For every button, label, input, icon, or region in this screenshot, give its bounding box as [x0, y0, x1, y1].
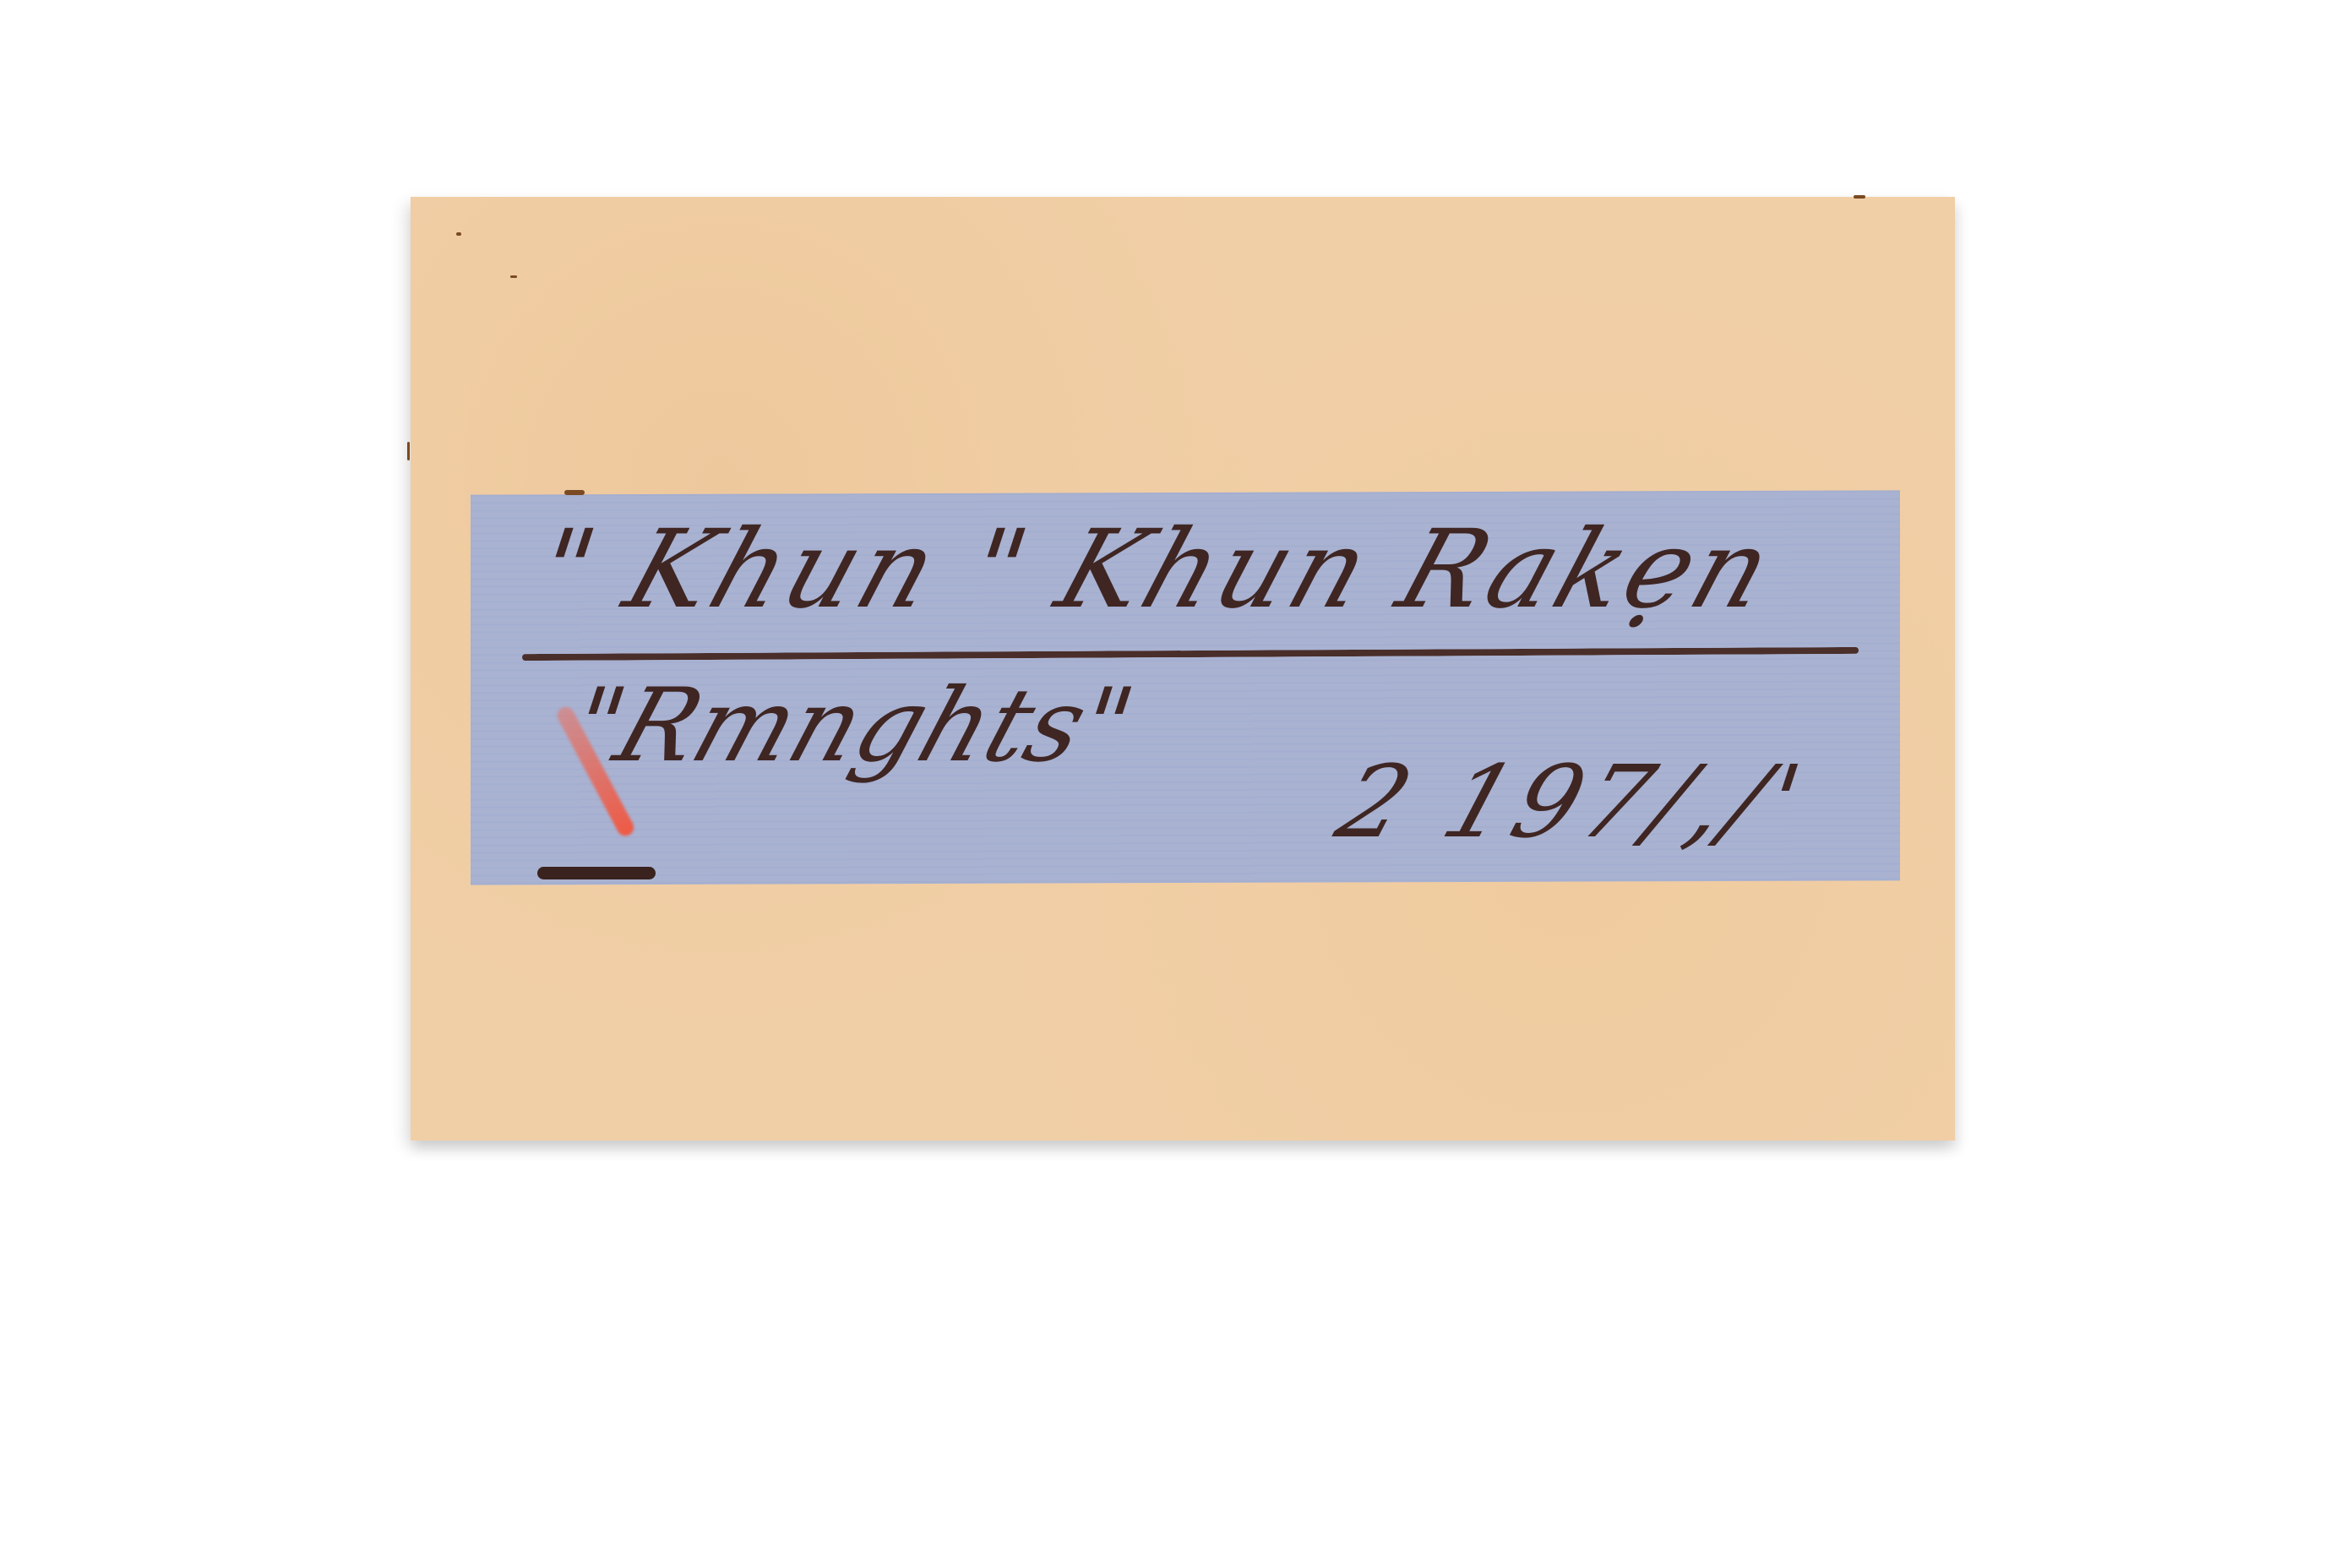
ink-blot	[564, 490, 585, 495]
edge-mark	[407, 442, 410, 460]
ink-dash-mark	[537, 867, 656, 879]
name-handwriting: "Rmnghts"	[555, 667, 1147, 785]
number-handwriting: 2 197/,/'	[1325, 743, 1820, 860]
speck-mark	[510, 275, 517, 278]
heading-handwriting: " Khun " Khun Rakẹn	[520, 507, 1789, 633]
speck-mark	[1854, 195, 1865, 199]
speck-mark	[456, 232, 461, 236]
